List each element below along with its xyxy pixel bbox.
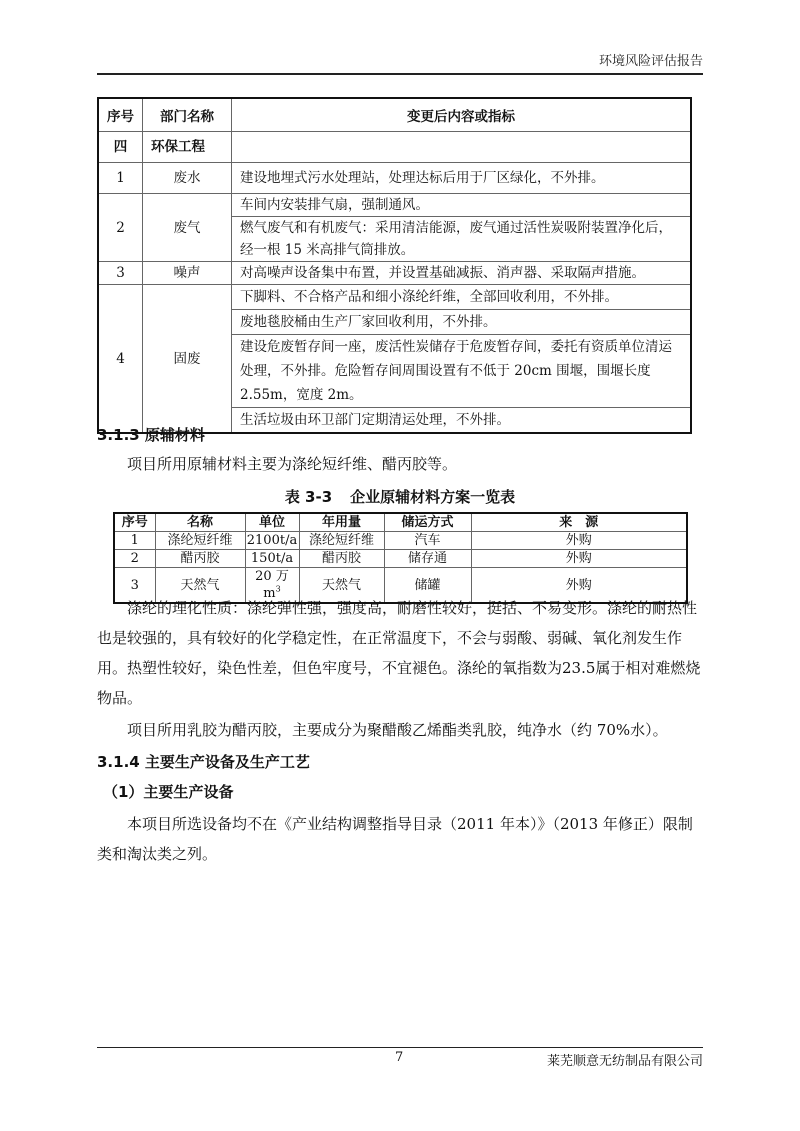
cell: 醋丙胶 xyxy=(155,550,245,568)
row-dept: 废气 xyxy=(143,194,232,262)
table-row: 2 醋丙胶 150t/a 醋丙胶 储存通 外购 xyxy=(114,550,687,568)
polyester-properties-paragraph: 涤纶的理化性质：涤纶弹性强，强度高，耐磨性较好，挺括、不易变形。涤纶的耐热性也是… xyxy=(97,593,703,713)
section-heading-314: 3.1.4 主要生产设备及生产工艺 xyxy=(97,751,310,772)
cell: 2100t/a xyxy=(245,532,299,550)
header-divider xyxy=(97,73,703,75)
cell: 储存通 xyxy=(384,550,471,568)
col-header-dept: 部门名称 xyxy=(143,98,232,132)
footer-divider xyxy=(97,1047,703,1048)
section-name: 环保工程 xyxy=(143,132,232,163)
table-row: 2 废气 车间内安装排气扇，强制通风。 xyxy=(98,194,691,217)
cell: 涤纶短纤维 xyxy=(299,532,384,550)
row-item: 生活垃圾由环卫部门定期清运处理，不外排。 xyxy=(232,408,692,434)
table-row: 1 涤纶短纤维 2100t/a 涤纶短纤维 汽车 外购 xyxy=(114,532,687,550)
page-number: 7 xyxy=(395,1050,403,1065)
caption-title: 企业原辅材料方案一览表 xyxy=(350,488,515,506)
company-name: 莱芜顺意无纺制品有限公司 xyxy=(547,1050,703,1069)
caption-number: 表 3-3 xyxy=(285,488,332,506)
row-dept: 废水 xyxy=(143,163,232,194)
col-header: 年用量 xyxy=(299,513,384,532)
cell: 150t/a xyxy=(245,550,299,568)
row-item: 下脚料、不合格产品和细小涤纶纤维，全部回收利用，不外排。 xyxy=(232,285,692,310)
row-num: 3 xyxy=(98,262,143,285)
section-heading-313: 3.1.3 原辅材料 xyxy=(97,424,205,445)
row-item: 建设地埋式污水处理站，处理达标后用于厂区绿化，不外排。 xyxy=(232,163,692,194)
cell: 外购 xyxy=(471,550,687,568)
equipment-paragraph: 本项目所选设备均不在《产业结构调整指导目录（2011 年本）》（2013 年修正… xyxy=(97,809,703,869)
row-item: 废地毯胶桶由生产厂家回收利用，不外排。 xyxy=(232,310,692,335)
col-header: 单位 xyxy=(245,513,299,532)
materials-intro: 项目所用原辅材料主要为涤纶短纤维、醋丙胶等。 xyxy=(97,449,703,479)
table-row: 4 固废 下脚料、不合格产品和细小涤纶纤维，全部回收利用，不外排。 xyxy=(98,285,691,310)
row-dept: 固废 xyxy=(143,285,232,434)
row-num: 2 xyxy=(98,194,143,262)
row-num: 1 xyxy=(98,163,143,194)
subsection-heading: （1）主要生产设备 xyxy=(103,781,233,802)
cell: 2 xyxy=(114,550,155,568)
cell: 外购 xyxy=(471,532,687,550)
row-item: 建设危废暂存间一座，废活性炭储存于危废暂存间，委托有资质单位清运处理，不外排。危… xyxy=(232,335,692,408)
section-content xyxy=(232,132,692,163)
table-row: 1 废水 建设地埋式污水处理站，处理达标后用于厂区绿化，不外排。 xyxy=(98,163,691,194)
col-header: 序号 xyxy=(114,513,155,532)
cell: 汽车 xyxy=(384,532,471,550)
environmental-works-table: 序号 部门名称 变更后内容或指标 四 环保工程 1 废水 建设地埋式污水处理站，… xyxy=(97,97,692,434)
col-header: 来 源 xyxy=(471,513,687,532)
col-header: 名称 xyxy=(155,513,245,532)
col-header-num: 序号 xyxy=(98,98,143,132)
row-item: 对高噪声设备集中布置，并设置基础减振、消声器、采取隔声措施。 xyxy=(232,262,692,285)
row-num: 4 xyxy=(98,285,143,434)
row-item: 车间内安装排气扇，强制通风。 xyxy=(232,194,692,217)
section-num: 四 xyxy=(98,132,143,163)
table-row: 3 噪声 对高噪声设备集中布置，并设置基础减振、消声器、采取隔声措施。 xyxy=(98,262,691,285)
latex-paragraph: 项目所用乳胶为醋丙胶，主要成分为聚醋酸乙烯酯类乳胶，纯净水（约 70%水）。 xyxy=(97,715,703,745)
page-header-title: 环境风险评估报告 xyxy=(599,50,703,69)
col-header-content: 变更后内容或指标 xyxy=(232,98,692,132)
cell: 醋丙胶 xyxy=(299,550,384,568)
table-caption: 表 3-3企业原辅材料方案一览表 xyxy=(0,486,800,507)
cell: 涤纶短纤维 xyxy=(155,532,245,550)
col-header: 储运方式 xyxy=(384,513,471,532)
materials-table: 序号 名称 单位 年用量 储运方式 来 源 1 涤纶短纤维 2100t/a 涤纶… xyxy=(113,512,688,604)
row-dept: 噪声 xyxy=(143,262,232,285)
cell: 1 xyxy=(114,532,155,550)
row-item: 燃气废气和有机废气：采用清洁能源，废气通过活性炭吸附装置净化后，经一根 15 米… xyxy=(232,217,692,262)
